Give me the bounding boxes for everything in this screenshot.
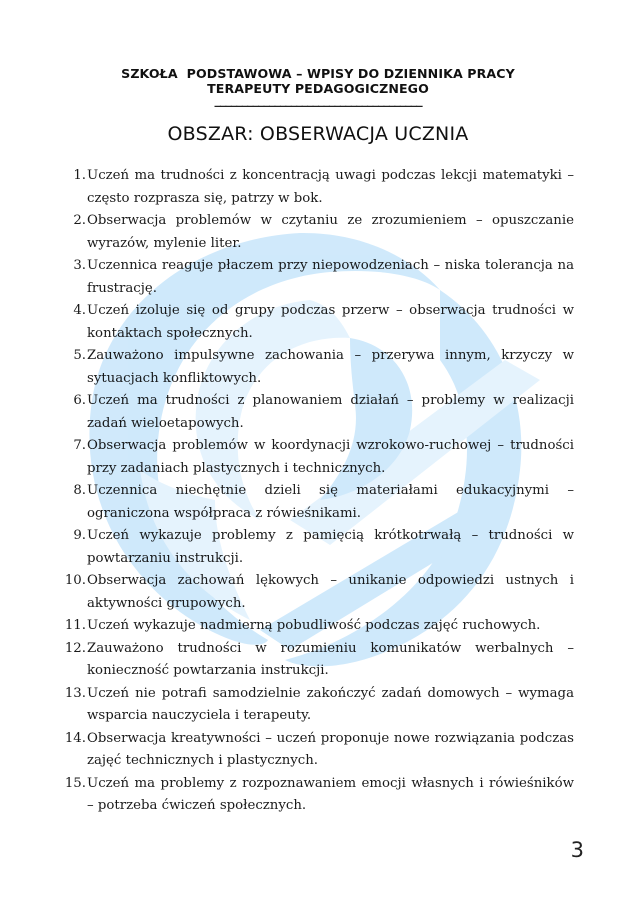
list-item: 13.Uczeń nie potrafi samodzielnie zakońc…	[66, 683, 574, 728]
item-number: 1.	[66, 165, 87, 188]
item-text: Obserwacja problemów w koordynacji wzrok…	[87, 435, 574, 480]
item-number: 7.	[66, 435, 87, 458]
item-number: 9.	[66, 525, 87, 548]
list-item: 11.Uczeń wykazuje nadmierną pobudliwość …	[66, 615, 574, 638]
item-number: 2.	[66, 210, 87, 233]
item-number: 5.	[66, 345, 87, 368]
item-number: 15.	[59, 773, 87, 796]
item-text: Uczeń ma trudności z planowaniem działań…	[87, 390, 574, 435]
item-text: Uczeń wykazuje nadmierną pobudliwość pod…	[87, 615, 574, 638]
item-number: 4.	[66, 300, 87, 323]
item-text: Uczennica reaguje płaczem przy niepowodz…	[87, 255, 574, 300]
document-page: SZKOŁA PODSTAWOWA – WPISY DO DZIENNIKA P…	[0, 0, 636, 900]
item-number: 14.	[59, 728, 87, 751]
header-line-1: SZKOŁA PODSTAWOWA – WPISY DO DZIENNIKA P…	[90, 66, 546, 81]
item-text: Obserwacja zachowań lękowych – unikanie …	[87, 570, 574, 615]
list-item: 14.Obserwacja kreatywności – uczeń propo…	[66, 728, 574, 773]
item-text: Uczeń wykazuje problemy z pamięcią krótk…	[87, 525, 574, 570]
page-number: 3	[571, 838, 584, 862]
list-item: 12.Zauważono trudności w rozumieniu komu…	[66, 638, 574, 683]
list-item: 4.Uczeń izoluje się od grupy podczas prz…	[66, 300, 574, 345]
section-title: OBSZAR: OBSERWACJA UCZNIA	[90, 122, 546, 146]
list-item: 6.Uczeń ma trudności z planowaniem dział…	[66, 390, 574, 435]
list-item: 8.Uczennica niechętnie dzieli się materi…	[66, 480, 574, 525]
list-item: 5.Zauważono impulsywne zachowania – prze…	[66, 345, 574, 390]
item-text: Zauważono impulsywne zachowania – przery…	[87, 345, 574, 390]
list-item: 1.Uczeń ma trudności z koncentracją uwag…	[66, 165, 574, 210]
item-number: 6.	[66, 390, 87, 413]
item-text: Uczeń ma problemy z rozpoznawaniem emocj…	[87, 773, 574, 818]
list-item: 10.Obserwacja zachowań lękowych – unikan…	[66, 570, 574, 615]
list-item: 3.Uczennica reaguje płaczem przy niepowo…	[66, 255, 574, 300]
list-item: 7.Obserwacja problemów w koordynacji wzr…	[66, 435, 574, 480]
list-item: 9.Uczeń wykazuje problemy z pamięcią kró…	[66, 525, 574, 570]
item-number: 8.	[66, 480, 87, 503]
item-number: 13.	[59, 683, 87, 706]
header-separator: ______________________________________	[90, 93, 546, 109]
item-number: 10.	[59, 570, 87, 593]
list-item: 2.Obserwacja problemów w czytaniu ze zro…	[66, 210, 574, 255]
item-text: Uczennica niechętnie dzieli się materiał…	[87, 480, 574, 525]
list-item: 15.Uczeń ma problemy z rozpoznawaniem em…	[66, 773, 574, 818]
item-text: Obserwacja kreatywności – uczeń proponuj…	[87, 728, 574, 773]
item-text: Uczeń izoluje się od grupy podczas przer…	[87, 300, 574, 345]
item-text: Uczeń ma trudności z koncentracją uwagi …	[87, 165, 574, 210]
item-number: 12.	[59, 638, 87, 661]
item-text: Obserwacja problemów w czytaniu ze zrozu…	[87, 210, 574, 255]
item-text: Zauważono trudności w rozumieniu komunik…	[87, 638, 574, 683]
observation-list: 1.Uczeń ma trudności z koncentracją uwag…	[66, 165, 574, 818]
document-header: SZKOŁA PODSTAWOWA – WPISY DO DZIENNIKA P…	[90, 66, 546, 96]
item-text: Uczeń nie potrafi samodzielnie zakończyć…	[87, 683, 574, 728]
item-number: 3.	[66, 255, 87, 278]
item-number: 11.	[59, 615, 87, 638]
